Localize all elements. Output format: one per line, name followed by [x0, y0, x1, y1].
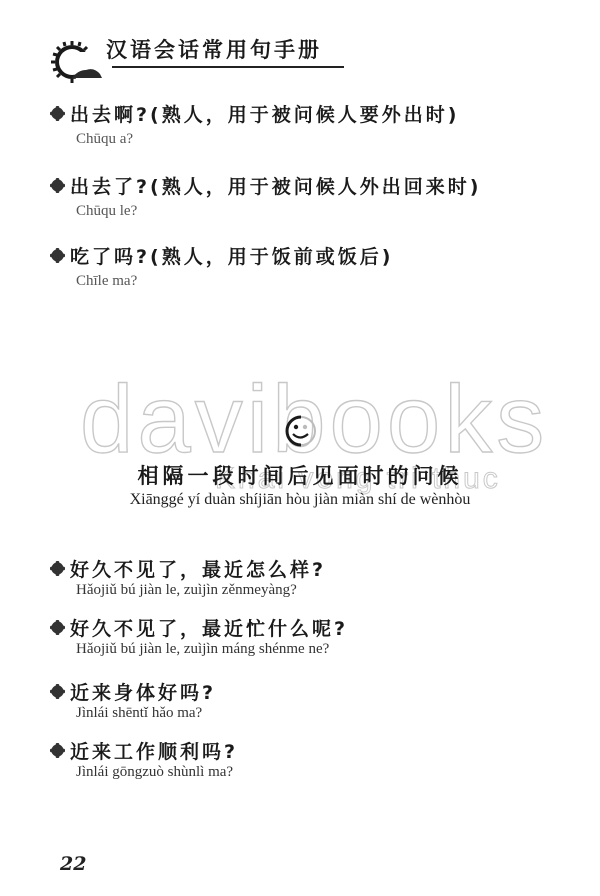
sun-cloud-icon [50, 38, 106, 84]
phrase-chinese: 吃了吗?(熟人，用于饭前或饭后) [70, 242, 393, 269]
phrase-chinese: 出去啊?(熟人，用于被问候人要外出时) [70, 100, 459, 127]
section-title: 相隔一段时间后见面时的问候 [0, 460, 600, 490]
flower-bullet-icon [50, 248, 65, 263]
phrase-pinyin: Chūqu a? [76, 131, 459, 148]
phrase-chinese: 好久不见了，最近怎么样? [70, 555, 326, 582]
phrase-chinese: 出去了?(熟人，用于被问候人外出回来时) [70, 172, 481, 199]
flower-bullet-icon [50, 684, 65, 699]
phrase-item: 好久不见了，最近忙什么呢? Hǎojiǔ bú jiàn le, zuìjìn … [50, 614, 348, 658]
phrase-chinese: 近来工作顺利吗? [70, 737, 238, 764]
flower-bullet-icon [50, 743, 65, 758]
flower-bullet-icon [50, 561, 65, 576]
phrase-item: 近来身体好吗? Jìnlái shēntǐ hǎo ma? [50, 678, 216, 722]
phrase-chinese: 好久不见了，最近忙什么呢? [70, 614, 348, 641]
header-divider [112, 66, 344, 68]
phrase-chinese: 近来身体好吗? [70, 678, 216, 705]
running-header: 汉语会话常用句手册 [50, 30, 350, 82]
phrase-pinyin: Hǎojiǔ bú jiàn le, zuìjìn máng shénme ne… [76, 641, 348, 658]
phrase-pinyin: Jìnlái gōngzuò shùnlì ma? [76, 764, 238, 781]
phrase-pinyin: Hǎojiǔ bú jiàn le, zuìjìn zěnmeyàng? [76, 582, 326, 599]
book-title: 汉语会话常用句手册 [106, 34, 322, 64]
flower-bullet-icon [50, 178, 65, 193]
phrase-item: 近来工作顺利吗? Jìnlái gōngzuò shùnlì ma? [50, 737, 238, 781]
phrase-item: 吃了吗?(熟人，用于饭前或饭后) Chīle ma? [50, 242, 393, 290]
section-subtitle-pinyin: Xiānggé yí duàn shíjiān hòu jiàn miàn sh… [0, 491, 600, 509]
phrase-pinyin: Jìnlái shēntǐ hǎo ma? [76, 705, 216, 722]
flower-bullet-icon [50, 106, 65, 121]
smiley-icon [283, 413, 319, 449]
phrase-item: 好久不见了，最近怎么样? Hǎojiǔ bú jiàn le, zuìjìn z… [50, 555, 326, 599]
phrase-item: 出去啊?(熟人，用于被问候人要外出时) Chūqu a? [50, 100, 459, 148]
phrase-item: 出去了?(熟人，用于被问候人外出回来时) Chūqu le? [50, 172, 481, 220]
page-number: 22 [60, 853, 86, 875]
flower-bullet-icon [50, 620, 65, 635]
phrase-pinyin: Chūqu le? [76, 203, 481, 220]
phrase-pinyin: Chīle ma? [76, 273, 393, 290]
